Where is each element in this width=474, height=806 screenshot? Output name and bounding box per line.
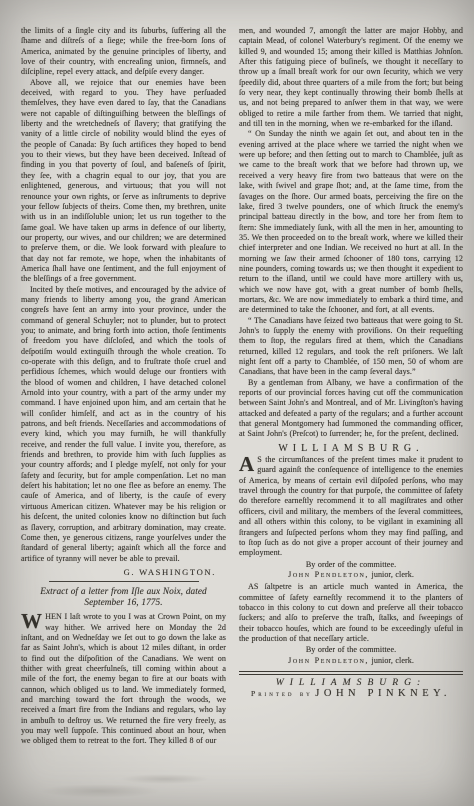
clerk-suffix-2: junior, clerk. <box>372 656 414 665</box>
signature-washington: G. WASHINGTON. <box>21 567 226 577</box>
paragraph-letter-isle-aux-noix: WHEN I laſt wrote to you I was at Crown … <box>21 612 226 746</box>
paragraph-on-sunday: “ On Sunday the ninth we again ſet out, … <box>239 129 463 315</box>
clerk-suffix-1: junior, clerk. <box>372 570 414 579</box>
imprint-printer-line: Printed by JOHN PINKNEY. <box>239 689 463 699</box>
newspaper-page: the limits of a ſingle city and its ſubu… <box>0 0 474 806</box>
paragraph-letter-continuation: men, and wounded 7, amongſt the latter a… <box>239 26 463 129</box>
clerk-signature-1: John Pendleton, junior, clerk. <box>239 570 463 580</box>
paragraph-saltpetre-notice: AS ſaltpetre is an article much wanted i… <box>239 582 463 644</box>
left-column: the limits of a ſingle city and its ſubu… <box>21 26 226 747</box>
by-order-line-1: By order of the committee. <box>239 560 463 570</box>
section-rule <box>49 581 199 582</box>
paragraph-address-incited: Incited by theſe motives, and encouraged… <box>21 285 226 564</box>
section-heading-williamsburg: WILLIAMSBURG. <box>239 444 463 454</box>
paragraph-address-rejoice: Above all, we rejoice that our enemies h… <box>21 78 226 285</box>
paragraph-albany-confirmation: By a gentleman from Albany, we have a co… <box>239 378 463 440</box>
drop-cap-w: W <box>21 612 45 630</box>
notice-body-text: S the circumſtances of the preſent times… <box>239 455 463 557</box>
drop-cap-a: A <box>239 455 257 473</box>
paragraph-canadians-seized: “ The Canadians have ſeized two batteaus… <box>239 316 463 378</box>
clerk-name-2: John Pendleton, <box>288 656 369 665</box>
ink-smudge <box>120 774 210 784</box>
page-columns: the limits of a ſingle city and its ſubu… <box>21 26 463 747</box>
letter-extract-heading: Extract of a letter from Iſle aux Noix, … <box>25 587 222 609</box>
imprint-printed-by: Printed by <box>251 689 313 698</box>
clerk-signature-2: John Pendleton, junior, clerk. <box>239 656 463 666</box>
letter-body-text: HEN I laſt wrote to you I was at Crown P… <box>21 612 226 745</box>
right-column: men, and wounded 7, amongſt the latter a… <box>239 26 463 747</box>
paragraph-address-continuation: the limits of a ſingle city and its ſubu… <box>21 26 226 78</box>
paragraph-committee-of-safety-notice: AS the circumſtances of the preſent time… <box>239 455 463 558</box>
imprint-city: WILLIAMSBURG: <box>239 678 463 688</box>
clerk-name-1: John Pendleton, <box>288 570 369 579</box>
imprint-double-rule <box>239 671 463 675</box>
imprint-printer-name: JOHN PINKNEY. <box>315 688 451 699</box>
by-order-line-2: By order of the committee. <box>239 645 463 655</box>
ink-smudge <box>40 784 160 798</box>
